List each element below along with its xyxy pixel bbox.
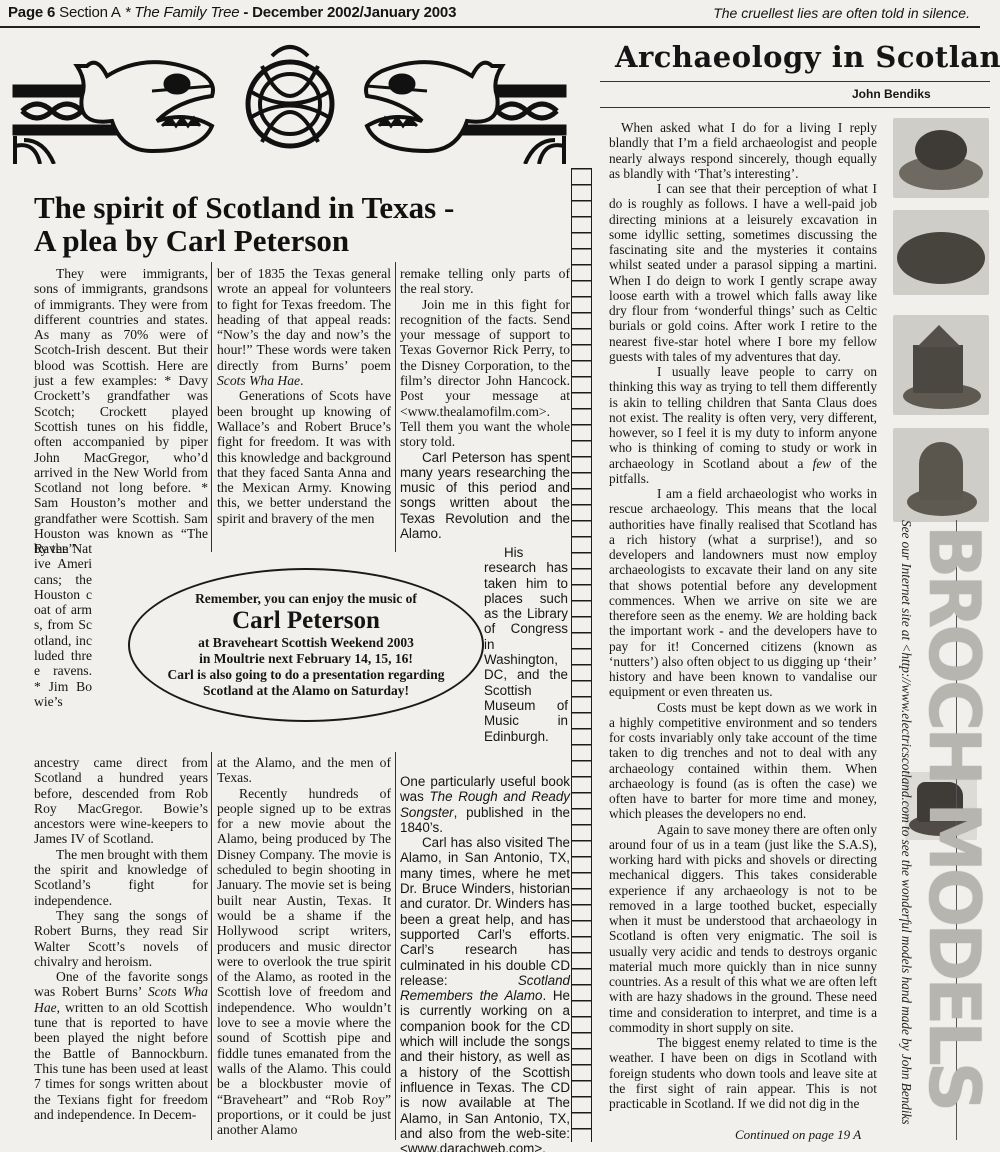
masthead-info: Page 6 Section A * The Family Tree - Dec…	[8, 4, 456, 21]
broch-model-oval-photo	[893, 210, 989, 295]
event-callout: Remember, you can enjoy the music of Car…	[128, 568, 484, 722]
continued-note: Continued on page 19 A	[735, 1127, 861, 1143]
section-rule	[600, 81, 990, 82]
celtic-knot-beasts-banner-icon	[12, 36, 567, 164]
masthead-quote: The cruellest lies are often told in sil…	[713, 5, 970, 21]
masthead: Page 6 Section A * The Family Tree - Dec…	[0, 0, 1000, 28]
article-headline: The spirit of Scotland in Texas - A plea…	[34, 191, 554, 257]
section-label: Section A	[59, 4, 121, 21]
publication-name: The Family Tree	[134, 4, 239, 21]
paragraph: One of the favorite songs was Robert Bur…	[34, 969, 208, 1122]
paragraph: by the Native Americans; the Houston coa…	[34, 541, 92, 709]
section-title: Archaeology in Scotland	[615, 40, 1000, 74]
broch-model-round-photo	[893, 118, 989, 198]
column-divider	[395, 262, 396, 552]
broch-models-wordmark: BROCH MODELS	[912, 525, 996, 1145]
croft-house-model-photo	[893, 315, 989, 415]
article-column-1-narrow: by the Native Americans; the Houston coa…	[34, 541, 92, 709]
issue-date: December 2002/January 2003	[252, 4, 456, 21]
archaeology-column: When asked what I do for a living I repl…	[609, 120, 877, 1111]
article-column-2-cont: at the Alamo, and the men of Texas. Rece…	[217, 755, 391, 1137]
column-divider	[395, 752, 396, 1140]
article-column-3-cont: One particularly useful book was The Rou…	[400, 774, 570, 1152]
column-divider	[211, 752, 212, 1140]
article-column-2: ber of 1835 the Texas general wrote an a…	[217, 266, 391, 526]
article-column-3: remake telling only parts of the real st…	[400, 266, 570, 541]
article-column-3-narrow: His research has taken him to places suc…	[484, 545, 568, 744]
byline: John Bendiks	[852, 87, 931, 101]
paragraph: They were immigrants, sons of immigrants…	[34, 266, 208, 557]
article-column-1-cont: ancestry came direct from Scotland a hun…	[34, 755, 208, 1122]
page-number: Page 6	[8, 4, 55, 21]
masthead-rule	[0, 26, 980, 28]
website-promo-note: See our Internet site at <http://www.ele…	[888, 520, 914, 1140]
section-rule	[600, 107, 990, 108]
beehive-broch-model-photo	[893, 428, 989, 522]
callout-performer: Carl Peterson	[232, 607, 380, 635]
article-column-1: They were immigrants, sons of immigrants…	[34, 266, 208, 557]
greek-key-border-icon	[571, 168, 592, 1142]
column-divider	[211, 262, 212, 552]
